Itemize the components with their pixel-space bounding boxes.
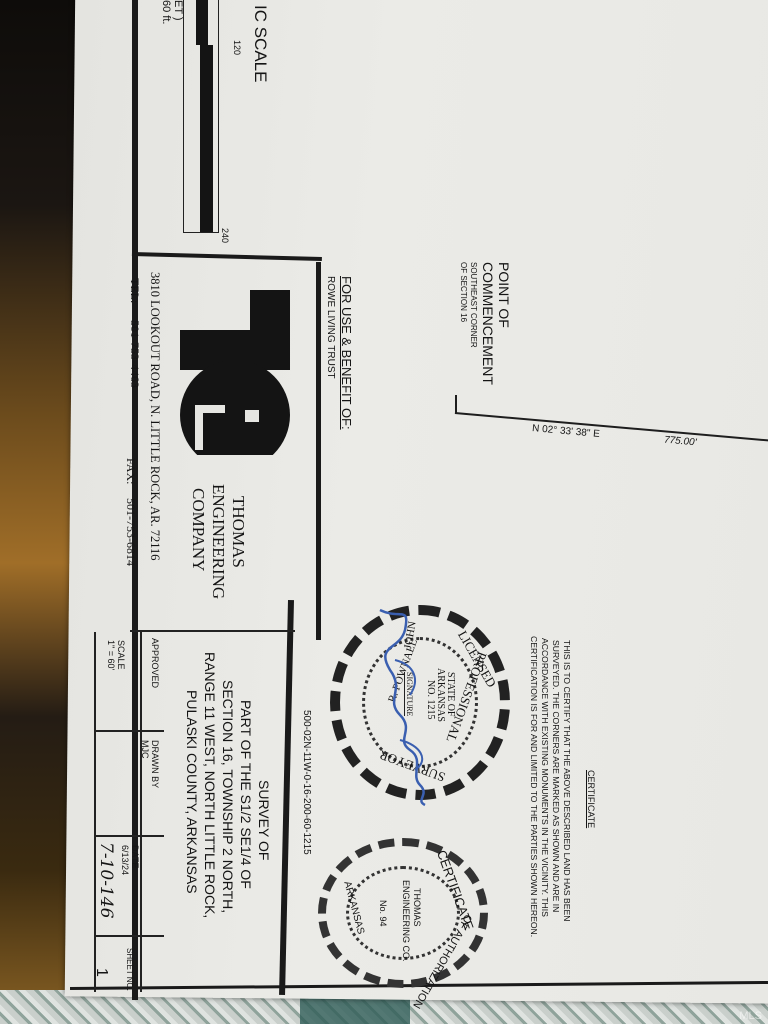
parcel-number: 500-02N-11W-0-16-200-60-1215	[301, 710, 312, 855]
thomas-engineering-logo	[175, 285, 295, 455]
handwritten-reference: 7-10-146	[96, 842, 116, 918]
drawn-by-value: MJC	[140, 740, 150, 759]
survey-title-line: PULASKI COUNTY, ARKANSAS	[184, 690, 200, 894]
certificate-line: THIS IS TO CERTIFY THAT THE ABOVE DESCRI…	[562, 640, 572, 921]
survey-title-line: RANGE 11 WEST, NORTH LITTLE ROCK,	[202, 652, 218, 918]
for-use-label: FOR USE & BENEFIT OF:	[339, 276, 354, 430]
poc-sub-1: SOUTHEAST CORNER	[469, 262, 478, 348]
auth-seal-company-1: THOMAS	[412, 888, 422, 927]
drawn-by-label: DRAWN BY	[150, 740, 160, 788]
title-block-border	[316, 262, 321, 640]
title-block-divider	[94, 632, 96, 992]
scale-tick-120: 120	[232, 40, 242, 55]
sheet-value: 1	[92, 968, 110, 977]
poc-leader-line	[455, 395, 457, 413]
surveyor-signature	[360, 600, 450, 810]
certificate-heading: CERTIFICATE	[586, 770, 596, 828]
poc-sub-2: OF SECTION 16	[459, 262, 468, 322]
title-block-divider	[94, 935, 164, 937]
tel-label: TEL:	[127, 278, 142, 303]
poc-title-1: POINT OF	[496, 262, 512, 328]
survey-title-line: PART OF THE S1/2 SE1/4 OF	[238, 700, 254, 889]
approved-label: APPROVED	[150, 638, 160, 688]
title-block-divider	[94, 730, 164, 732]
company-address: 3810 LOOKOUT ROAD, N. LITTLE ROCK, AR. 7…	[147, 272, 162, 561]
scale-value: 1" = 60'	[106, 640, 116, 670]
scale-unit: ET )	[172, 0, 184, 21]
auth-seal-number: No. 94	[378, 900, 388, 927]
title-block-divider	[140, 632, 142, 992]
auth-seal-company-2: ENGINEERING CO.	[401, 880, 411, 962]
date-label: DATE	[130, 845, 140, 868]
company-name-3: COMPANY	[188, 488, 208, 571]
scale-title: IC SCALE	[250, 5, 270, 82]
fax-number: 501-753-6814	[123, 498, 138, 566]
title-block-divider	[94, 835, 164, 837]
scale-bar-segment	[200, 45, 213, 232]
mls-watermark: MLS	[739, 1010, 762, 1022]
title-block-divider	[130, 630, 295, 632]
poc-title-2: COMMENCEMENT	[480, 262, 496, 385]
certificate-line: SURVEYED. THE CORNERS ARE MARKED AS SHOW…	[551, 640, 561, 912]
company-name-2: ENGINEERING	[208, 484, 228, 599]
certificate-line: ACCORDANCE WITH EXISTING MONUMENTS IN TH…	[540, 638, 550, 917]
survey-title-line: SECTION 16, TOWNSHIP 2 NORTH,	[220, 680, 236, 913]
survey-title-line: SURVEY OF	[256, 780, 272, 860]
scale-ratio: 60 ft.	[160, 0, 172, 24]
date-value: 6/13/24	[120, 845, 130, 875]
scale-label: SCALE	[116, 640, 126, 670]
tel-number: 501-753-4463	[127, 320, 142, 388]
certificate-line: CERTIFICATION IS FOR AND LIMITED TO THE …	[529, 636, 539, 937]
sheet-label: SHEET NO.	[125, 948, 134, 991]
scale-bar-segment	[196, 0, 208, 45]
scale-tick-240: 240	[220, 228, 230, 243]
fax-label: FAX:	[123, 458, 138, 484]
client-name: ROWE LIVING TRUST	[325, 276, 336, 379]
company-name-1: THOMAS	[228, 496, 248, 568]
